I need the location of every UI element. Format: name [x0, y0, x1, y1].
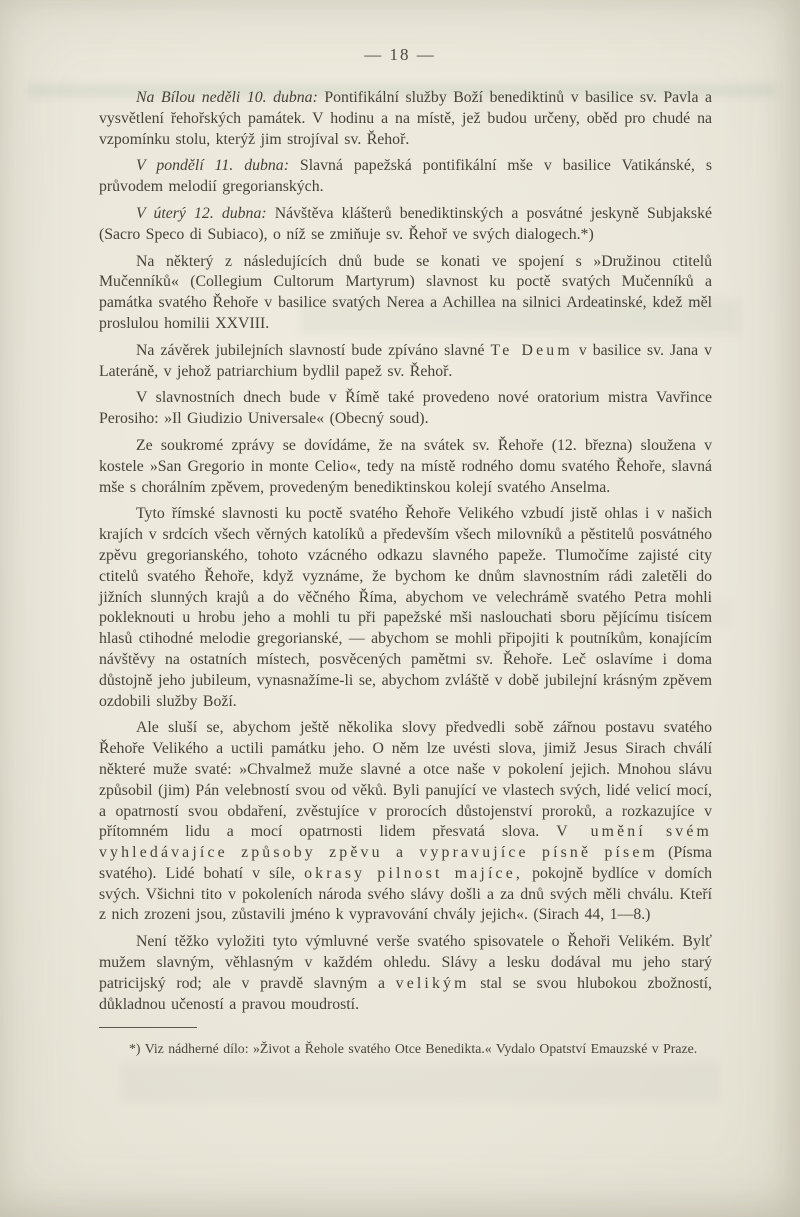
text-segment: V pondělí 11. dubna:	[136, 157, 289, 174]
paragraph: Ale sluší se, abychom ještě několika slo…	[99, 718, 712, 926]
paragraph: Na Bílou neděli 10. dubna: Pontifikální …	[99, 88, 712, 150]
paragraph: V úterý 12. dubna: Návštěva klášterů ben…	[99, 204, 712, 246]
text-segment: Na některý z následujících dnů bude se k…	[99, 253, 712, 332]
text-segment: okrasy pilnost majíce,	[304, 865, 523, 882]
text-segment: V slavnostních dnech bude v Římě také pr…	[99, 389, 712, 427]
paragraph: V pondělí 11. dubna: Slavná papežská pon…	[99, 156, 712, 198]
text-segment: Ze soukromé zprávy se dovídáme, že na sv…	[99, 437, 712, 496]
page-number: — 18 —	[0, 0, 800, 65]
paragraph: V slavnostních dnech bude v Římě také pr…	[99, 388, 712, 430]
paragraph: Na některý z následujících dnů bude se k…	[99, 252, 712, 335]
text-segment: Na Bílou neděli 10. dubna:	[136, 89, 318, 106]
paragraph: Ze soukromé zprávy se dovídáme, že na sv…	[99, 436, 712, 498]
footnote-divider	[99, 1027, 197, 1028]
text-segment: Te Deum	[491, 342, 573, 359]
body-paragraphs: Na Bílou neděli 10. dubna: Pontifikální …	[99, 88, 712, 1015]
text-segment: Tyto římské slavnosti ku poctě svatého Ř…	[99, 505, 712, 709]
paragraph: Na závěrek jubilejních slavností bude zp…	[99, 341, 712, 383]
text-segment: V úterý 12. dubna:	[136, 205, 267, 222]
page-content: — 18 — Na Bílou neděli 10. dubna: Pontif…	[0, 0, 800, 1059]
paragraph: Není těžko vyložiti tyto výmluvné verše …	[99, 932, 712, 1015]
paragraph: Tyto římské slavnosti ku poctě svatého Ř…	[99, 504, 712, 712]
show-through-patch	[120, 1062, 720, 1102]
footnote-text: *) Viz nádherné dílo: »Život a Řehole sv…	[99, 1038, 712, 1059]
footnote-section: *) Viz nádherné dílo: »Život a Řehole sv…	[99, 1027, 712, 1059]
text-segment: velikým	[396, 975, 470, 992]
text-segment: Na závěrek jubilejních slavností bude zp…	[136, 342, 491, 359]
